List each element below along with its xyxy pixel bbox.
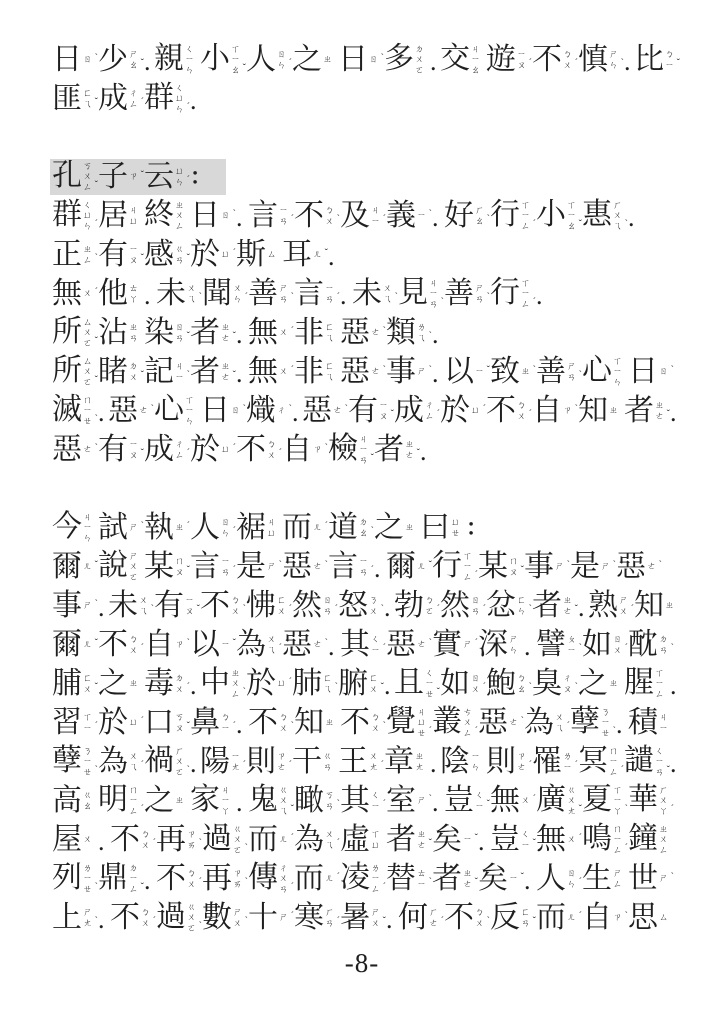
han-char: 人 — [246, 45, 276, 75]
char-unit: 則ㄗㄜˊ — [246, 747, 287, 777]
zhuyin-symbol: ㄛ — [129, 572, 138, 582]
char-unit: 過ㄍㄨㄛˋ — [156, 902, 197, 932]
zhuyin-symbol: ㄧ — [567, 210, 576, 220]
zhuyin-annotation: ㄨㄟˊ — [325, 829, 335, 849]
zhuyin-annotation: ㄩˊ — [277, 678, 287, 688]
tone-mark: ˇ — [95, 181, 98, 191]
zhuyin-symbol: ㄧ — [475, 366, 484, 376]
text-line: 所ㄙㄨㄛˇ沾ㄓㄢ染ㄖㄢˇ者ㄓㄜˇ.無ㄨˊ非ㄈㄟ惡ㄜˋ類ㄌㄟˋ. — [52, 313, 680, 352]
zhuyin-annotation: ㄍㄠ — [83, 790, 93, 810]
zhuyin-symbol: ㄖ — [471, 595, 480, 605]
han-char: 不 — [110, 903, 140, 933]
char-unit: 睹ㄉㄨˇ — [98, 357, 139, 387]
tone-mark: ˋ — [521, 717, 524, 727]
zhuyin-annotation: ㄉㄨㄛ — [415, 44, 425, 74]
zhuyin-symbol: ㄨ — [371, 723, 380, 733]
zhuyin-symbol: ㄣ — [221, 528, 230, 538]
char-unit: 不ㄅㄨˊ — [486, 396, 527, 426]
han-char: 云 — [144, 162, 174, 192]
zhuyin-annotation: ㄧㄢˊ — [279, 205, 289, 225]
tone-mark: ˇ — [233, 332, 236, 342]
zhuyin-annotation: ㄨˊ — [521, 795, 531, 805]
zhuyin-symbol: ㄌ — [417, 322, 426, 332]
zhuyin-symbol: ㄨ — [233, 918, 242, 928]
char-unit: 自ㄗˋ — [144, 630, 185, 660]
han-char: 未 — [156, 279, 186, 309]
han-char: 自 — [144, 630, 174, 660]
char-unit: 室ㄕˋ — [386, 786, 427, 816]
tone-mark: ˇ — [429, 561, 432, 571]
tone-mark: ˋ — [141, 522, 144, 532]
tone-mark: ˊ — [441, 917, 444, 927]
han-char: 群 — [144, 83, 174, 113]
han-char: 禍 — [144, 746, 174, 776]
han-char: 之 — [98, 669, 128, 699]
char-unit: 心ㄒㄧㄣ — [582, 356, 623, 386]
han-char: 豈 — [444, 786, 474, 816]
char-unit: 善ㄕㄢˋ — [444, 279, 485, 309]
zhuyin-annotation: ㄓ — [405, 522, 415, 532]
section-gap — [52, 118, 680, 157]
han-char: 惡 — [616, 552, 646, 582]
zhuyin-symbol: ㄠ — [359, 528, 368, 538]
zhuyin-symbol: ㄥ — [231, 689, 240, 699]
zhuyin-symbol: ㄨ — [369, 684, 378, 694]
han-char: 惡 — [52, 435, 82, 465]
zhuyin-symbol: ㄧ — [567, 645, 576, 655]
zhuyin-symbol: ㄅ — [141, 829, 150, 839]
zhuyin-symbol: ㄅ — [517, 673, 526, 683]
text-line: 爾ㄦˇ說ㄕㄨㄛ某ㄇㄡˇ言ㄧㄢˊ是ㄕˋ惡ㄜˋ言ㄧㄢˊ.爾ㄦˇ行ㄒㄧㄥˊ某ㄇㄡˇ事ㄕ… — [52, 547, 680, 586]
zhuyin-symbol: ㄕ — [567, 361, 576, 371]
zhuyin-annotation: ㄧㄡˇ — [185, 595, 195, 615]
zhuyin-annotation: ㄅㄨˊ — [267, 439, 277, 459]
punctuation: . — [340, 283, 352, 309]
han-char: 臭 — [532, 669, 562, 699]
zhuyin-symbol: ㄢ — [659, 645, 668, 655]
zhuyin-annotation: ㄕㄨㄛ — [129, 551, 139, 581]
tone-mark: ˇ — [475, 878, 478, 888]
zhuyin-annotation: ㄎㄢˋ — [325, 790, 335, 810]
zhuyin-annotation: ㄇㄧㄥˊ — [609, 746, 619, 776]
punctuation: . — [420, 439, 432, 465]
zhuyin-symbol: ㄚ — [659, 806, 668, 816]
char-unit: 親ㄑㄧㄣ — [154, 44, 195, 74]
char-unit: 然ㄖㄢˊ — [440, 591, 481, 621]
char-unit: 有ㄧㄡˇ — [98, 240, 139, 270]
han-char: 鼻 — [190, 708, 220, 738]
char-unit: 口ㄎㄡˇ — [144, 708, 185, 738]
tone-mark: ˇ — [533, 917, 536, 927]
zhuyin-symbol: ㄥ — [371, 884, 380, 894]
zhuyin-annotation: ㄅㄧˇ — [665, 49, 675, 69]
zhuyin-symbol: ㄒ — [231, 44, 240, 54]
zhuyin-symbol: ㄕ — [509, 634, 518, 644]
char-unit: 未ㄨㄟˋ — [156, 279, 197, 309]
punctuation: ： — [190, 166, 212, 188]
char-unit: 斯ㄙ — [236, 240, 277, 270]
zhuyin-annotation: ㄅㄨˋ — [231, 595, 241, 615]
tone-mark: ˊ — [153, 839, 156, 849]
punctuation: ： — [466, 517, 488, 539]
char-unit: 酖ㄉㄢˋ — [628, 630, 669, 660]
zhuyin-symbol: ㄇ — [175, 556, 184, 566]
zhuyin-symbol: ㄦ — [313, 522, 322, 532]
zhuyin-annotation: ㄅㄨˊ — [141, 829, 151, 849]
han-char: 於 — [246, 669, 276, 699]
zhuyin-symbol: ㄕ — [601, 561, 610, 571]
zhuyin-annotation: ㄖˋ — [369, 54, 379, 64]
zhuyin-symbol: ㄨ — [83, 327, 92, 337]
punctuation: . — [328, 244, 340, 270]
zhuyin-symbol: ㄌ — [371, 863, 380, 873]
zhuyin-symbol: ㄊ — [129, 283, 138, 293]
punctuation: . — [430, 751, 440, 777]
zhuyin-annotation: ㄅㄧˊ — [221, 712, 231, 732]
zhuyin-symbol: ㄨ — [279, 366, 288, 376]
zhuyin-symbol: ㄧ — [185, 595, 194, 605]
punctuation: . — [236, 322, 248, 348]
zhuyin-symbol: ㄇ — [609, 746, 618, 756]
char-unit: 是ㄕˋ — [236, 552, 277, 582]
zhuyin-symbol: ㄢ — [325, 294, 334, 304]
zhuyin-symbol: ㄌ — [563, 751, 572, 761]
tone-mark: ˋ — [187, 371, 190, 381]
tone-mark: ˋ — [575, 683, 578, 693]
han-char: 鬼 — [248, 785, 278, 815]
zhuyin-symbol: ㄓ — [609, 678, 618, 688]
han-char: 致 — [490, 357, 520, 387]
char-unit: 人ㄖㄣˊ — [536, 864, 577, 894]
han-char: 罹 — [532, 747, 562, 777]
char-unit: 叢ㄘㄨㄥˊ — [432, 707, 473, 737]
zhuyin-symbol: ㄧ — [659, 723, 668, 733]
text-line: 高ㄍㄠ明ㄇㄧㄥˊ之ㄓ家ㄐㄧㄚ.鬼ㄍㄨㄟˇ瞰ㄎㄢˋ其ㄑㄧˊ室ㄕˋ.豈ㄑㄧˇ無ㄨˊ廣… — [52, 781, 680, 820]
han-char: 之 — [374, 513, 404, 543]
zhuyin-symbol: ㄧ — [83, 756, 92, 766]
zhuyin-symbol: ㄉ — [359, 517, 368, 527]
zhuyin-symbol: ㄨ — [659, 795, 668, 805]
zhuyin-annotation: ㄧㄤˊ — [231, 751, 241, 771]
zhuyin-symbol: ㄧ — [613, 366, 622, 376]
han-char: 他 — [98, 279, 128, 309]
han-char: 爾 — [386, 552, 416, 582]
han-char: 比 — [634, 45, 664, 75]
zhuyin-symbol: ㄗ — [233, 868, 242, 878]
zhuyin-symbol: ㄈ — [83, 673, 92, 683]
char-unit: 成ㄔㄥˊ — [394, 396, 435, 426]
zhuyin-symbol: ㄖ — [323, 595, 332, 605]
zhuyin-annotation: ㄓ — [609, 405, 619, 415]
han-char: 而 — [282, 513, 312, 543]
zhuyin-symbol: ㄨ — [129, 561, 138, 571]
zhuyin-annotation: ㄧˇ — [475, 366, 485, 376]
han-char: 替 — [386, 864, 416, 894]
char-unit: 爾ㄦˇ — [386, 552, 427, 582]
han-char: 於 — [190, 240, 220, 270]
char-unit: 非ㄈㄟ — [294, 357, 335, 387]
zhuyin-symbol: ㄧ — [359, 556, 368, 566]
tone-mark: ˊ — [335, 605, 338, 615]
zhuyin-annotation: ㄈㄟ — [325, 322, 335, 342]
char-unit: 中ㄓㄨㄥˋ — [200, 668, 241, 698]
char-unit: 譬ㄆㄧˋ — [536, 630, 577, 660]
zhuyin-symbol: ㄨ — [325, 216, 334, 226]
zhuyin-symbol: ㄛ — [233, 845, 242, 855]
zhuyin-annotation: ㄧㄢˊ — [325, 283, 335, 303]
zhuyin-symbol: ㄋ — [601, 707, 610, 717]
zhuyin-symbol: ㄧ — [521, 840, 530, 850]
char-unit: 陽ㄧㄤˊ — [200, 747, 241, 777]
tone-mark: ˋ — [243, 688, 246, 698]
punctuation: . — [144, 868, 156, 894]
char-unit: 不ㄅㄨˋ — [200, 591, 241, 621]
tone-mark: ˊ — [579, 912, 582, 922]
zhuyin-annotation: ㄖㄣˊ — [567, 868, 577, 888]
zhuyin-symbol: ㄅ — [187, 868, 196, 878]
zhuyin-annotation: ㄧㄡˇ — [379, 400, 389, 420]
char-unit: 成ㄔㄥˊ — [144, 435, 185, 465]
char-unit: 如ㄖㄨˊ — [582, 630, 623, 660]
heading-highlight: 孔ㄎㄨㄥˇ子ㄗˇ云ㄩㄣˊ： — [50, 159, 226, 195]
han-char: 裾 — [236, 513, 266, 543]
zhuyin-symbol: ㄟ — [555, 723, 564, 733]
zhuyin-symbol: ㄟ — [383, 294, 392, 304]
zhuyin-annotation: ㄖㄢˇ — [175, 322, 185, 342]
zhuyin-annotation: ㄅㄨˊ — [517, 400, 527, 420]
zhuyin-symbol: ㄣ — [471, 762, 480, 772]
han-char: 人 — [536, 864, 566, 894]
tone-mark: ˊ — [233, 527, 236, 537]
zhuyin-annotation: ㄧˇ — [221, 639, 231, 649]
char-unit: 不ㄅㄨˊ — [98, 630, 139, 660]
char-unit: 怒ㄋㄨˋ — [338, 591, 379, 621]
zhuyin-symbol: ㄏ — [175, 746, 184, 756]
tone-mark: ˇ — [187, 332, 190, 342]
zhuyin-symbol: ㄕ — [371, 907, 380, 917]
han-char: 所 — [52, 317, 82, 347]
char-unit: 而ㄦˊ — [282, 513, 323, 543]
han-char: 之 — [578, 669, 608, 699]
zhuyin-annotation: ㄒㄧㄣ — [185, 395, 195, 425]
han-char: 惡 — [478, 708, 508, 738]
han-char: 道 — [328, 513, 358, 543]
zhuyin-symbol: ㄕ — [659, 873, 668, 883]
tone-mark: ˋ — [429, 332, 432, 342]
zhuyin-symbol: ㄑ — [655, 746, 664, 756]
han-char: 華 — [628, 785, 658, 815]
tone-mark: ˇ — [417, 449, 420, 459]
zhuyin-symbol: ㄩ — [417, 717, 426, 727]
zhuyin-symbol: ㄑ — [425, 668, 434, 678]
zhuyin-symbol: ㄧ — [429, 288, 438, 298]
han-char: 暑 — [340, 903, 370, 933]
document-page: 日ㄖˋ少ㄕㄠˇ.親ㄑㄧㄣ小ㄒㄧㄠˇ人ㄖㄣˊ之ㄓ日ㄖˋ多ㄉㄨㄛ.交ㄐㄧㄠ遊ㄧㄡˊ不… — [0, 0, 724, 1024]
han-char: 不 — [248, 708, 278, 738]
zhuyin-annotation: ㄜˋ — [509, 717, 519, 727]
zhuyin-symbol: ㄜ — [139, 405, 148, 415]
tone-mark: ˋ — [151, 605, 154, 615]
han-char: 正 — [52, 240, 82, 270]
han-char: 非 — [294, 357, 324, 387]
char-unit: 染ㄖㄢˇ — [144, 318, 185, 348]
han-char: 日 — [200, 396, 230, 426]
tone-mark: ˊ — [187, 176, 190, 186]
zhuyin-symbol: ㄥ — [129, 806, 138, 816]
zhuyin-symbol: ㄟ — [187, 294, 196, 304]
tone-mark: ˊ — [291, 215, 294, 225]
tone-mark: ˊ — [429, 727, 432, 737]
han-char: 熟 — [588, 591, 618, 621]
zhuyin-annotation: ㄒㄧㄣ — [613, 356, 623, 386]
char-unit: 言ㄧㄢˊ — [248, 201, 289, 231]
tone-mark: ˊ — [233, 722, 236, 732]
char-unit: 則ㄗㄜˊ — [486, 747, 527, 777]
tone-mark: ˊ — [187, 103, 190, 113]
char-unit: 為ㄨㄟˊ — [524, 708, 565, 738]
tone-mark: ˋ — [243, 405, 246, 415]
char-unit: 鬼ㄍㄨㄟˇ — [248, 785, 289, 815]
tone-mark: ˋ — [233, 210, 236, 220]
zhuyin-annotation: ㄓㄨㄥ — [175, 200, 185, 230]
tone-mark: ˇ — [233, 639, 236, 649]
tone-mark: ˋ — [243, 605, 246, 615]
zhuyin-annotation: ㄓㄤ — [415, 751, 425, 771]
tone-mark: ˋ — [199, 293, 202, 303]
zhuyin-symbol: ㄈ — [325, 322, 334, 332]
zhuyin-symbol: ㄢ — [323, 606, 332, 616]
zhuyin-annotation: ㄒㄧㄚˋ — [613, 785, 623, 815]
tone-mark: ˇ — [575, 605, 578, 615]
zhuyin-symbol: ㄜ — [83, 444, 92, 454]
char-unit: 群ㄑㄩㄣˊ — [144, 83, 185, 113]
tone-mark: ˋ — [245, 917, 248, 927]
zhuyin-symbol: ㄈ — [325, 361, 334, 371]
zhuyin-annotation: ㄑㄩㄣˊ — [83, 200, 93, 230]
han-char: 腑 — [338, 669, 368, 699]
zhuyin-symbol: ㄐ — [359, 434, 368, 444]
char-unit: 言ㄧㄢˊ — [294, 279, 335, 309]
char-unit: 於ㄩˊ — [98, 708, 139, 738]
char-unit: 過ㄍㄨㄛˋ — [202, 824, 243, 854]
zhuyin-symbol: ㄧ — [231, 751, 240, 761]
zhuyin-annotation: ㄦˊ — [313, 522, 323, 532]
char-unit: 小ㄒㄧㄠˇ — [200, 44, 241, 74]
zhuyin-annotation: ㄍㄨㄤˇ — [567, 785, 577, 815]
tone-mark: ˊ — [483, 605, 486, 615]
zhuyin-annotation: ㄨㄟˋ — [383, 283, 393, 303]
char-unit: 華ㄏㄨㄚˊ — [628, 785, 669, 815]
zhuyin-symbol: ㄜ — [655, 411, 664, 421]
han-char: 陰 — [440, 747, 470, 777]
zhuyin-symbol: ㄖ — [221, 210, 230, 220]
zhuyin-symbol: ㄧ — [129, 439, 138, 449]
zhuyin-annotation: ㄓㄜˇ — [221, 361, 231, 381]
zhuyin-annotation: ㄓ — [129, 678, 139, 688]
zhuyin-symbol: ㄕ — [463, 639, 472, 649]
han-char: 陽 — [200, 747, 230, 777]
char-unit: 毒ㄉㄨˊ — [144, 669, 185, 699]
char-unit: 記ㄐㄧˋ — [144, 357, 185, 387]
zhuyin-annotation: ㄓㄥˋ — [83, 244, 93, 264]
zhuyin-annotation: ㄏㄨㄛˋ — [175, 746, 185, 776]
zhuyin-annotation: ㄅㄨˊ — [563, 49, 573, 69]
han-char: 言 — [328, 552, 358, 582]
char-unit: 冥ㄇㄧㄥˊ — [578, 746, 619, 776]
tone-mark: ˇ — [243, 64, 246, 74]
zhuyin-annotation: ㄇㄧㄥˊ — [129, 785, 139, 815]
han-char: 虛 — [340, 825, 370, 855]
zhuyin-symbol: ㄔ — [279, 863, 288, 873]
han-char: 無 — [490, 786, 520, 816]
zhuyin-symbol: ㄨ — [279, 723, 288, 733]
han-char: 鳴 — [582, 824, 612, 854]
han-char: 行 — [490, 278, 520, 308]
zhuyin-symbol: ㄓ — [659, 824, 668, 834]
char-unit: 不ㄅㄨˋ — [340, 708, 381, 738]
han-char: 矣 — [478, 864, 508, 894]
zhuyin-symbol: ㄨ — [463, 717, 472, 727]
zhuyin-symbol: ㄍ — [175, 244, 184, 254]
han-char: 行 — [432, 551, 462, 581]
zhuyin-symbol: ㄨ — [175, 684, 184, 694]
text-line: 屋ㄨ.不ㄅㄨˊ再ㄗㄞˋ過ㄍㄨㄛˋ而ㄦˊ為ㄨㄟˊ虛ㄒㄩ者ㄓㄜˇ矣ㄧˇ.豈ㄑㄧˇ無ㄨ… — [52, 820, 680, 859]
han-char: 不 — [110, 825, 140, 855]
tone-mark: ˊ — [631, 605, 634, 615]
zhuyin-symbol: ㄩ — [129, 717, 138, 727]
zhuyin-annotation: ㄈㄣˋ — [517, 595, 527, 615]
zhuyin-symbol: ㄧ — [417, 210, 426, 220]
zhuyin-annotation: ㄕˋ — [417, 795, 427, 805]
zhuyin-symbol: ㄓ — [405, 522, 414, 532]
char-unit: 數ㄕㄨˋ — [202, 903, 243, 933]
punctuation: . — [616, 712, 628, 738]
zhuyin-annotation: ㄦˇ — [83, 561, 93, 571]
tone-mark: ˊ — [141, 644, 144, 654]
char-unit: 爾ㄦˇ — [52, 552, 93, 582]
zhuyin-symbol: ㄥ — [609, 767, 618, 777]
char-unit: 而ㄦˊ — [536, 903, 577, 933]
zhuyin-symbol: ㄓ — [83, 244, 92, 254]
han-char: 感 — [144, 240, 174, 270]
han-char: 世 — [628, 864, 658, 894]
zhuyin-symbol: ㄛ — [83, 377, 92, 387]
zhuyin-annotation: ㄕˋ — [601, 561, 611, 571]
char-unit: 而ㄦˊ — [248, 825, 289, 855]
han-char: 行 — [490, 200, 520, 230]
zhuyin-symbol: ㄣ — [83, 221, 92, 231]
zhuyin-symbol: ㄣ — [277, 60, 286, 70]
tone-mark: ˋ — [429, 366, 432, 376]
han-char: 知 — [294, 708, 324, 738]
han-char: 而 — [294, 864, 324, 894]
zhuyin-symbol: ㄋ — [83, 746, 92, 756]
han-char: 酖 — [628, 630, 658, 660]
zhuyin-annotation: ㄊㄚ — [129, 283, 139, 303]
zhuyin-annotation: ㄌㄧㄥˊ — [371, 863, 381, 893]
tone-mark: ˊ — [291, 366, 294, 376]
zhuyin-annotation: ㄑㄧˇ — [475, 790, 485, 810]
han-char: 豈 — [490, 825, 520, 855]
text-line: 惡ㄜˋ有ㄧㄡˇ成ㄔㄥˊ於ㄩˊ不ㄅㄨˊ自ㄗˋ檢ㄐㄧㄢˇ者ㄓㄜˇ. — [52, 430, 680, 469]
han-char: 事 — [524, 552, 554, 582]
zhuyin-annotation: ㄕㄣˋ — [609, 49, 619, 69]
char-unit: 人ㄖㄣˊ — [246, 45, 287, 75]
punctuation: . — [236, 361, 248, 387]
zhuyin-annotation: ㄐㄧˊ — [371, 205, 381, 225]
zhuyin-symbol: ㄨ — [619, 606, 628, 616]
zhuyin-symbol: ㄨ — [517, 411, 526, 421]
